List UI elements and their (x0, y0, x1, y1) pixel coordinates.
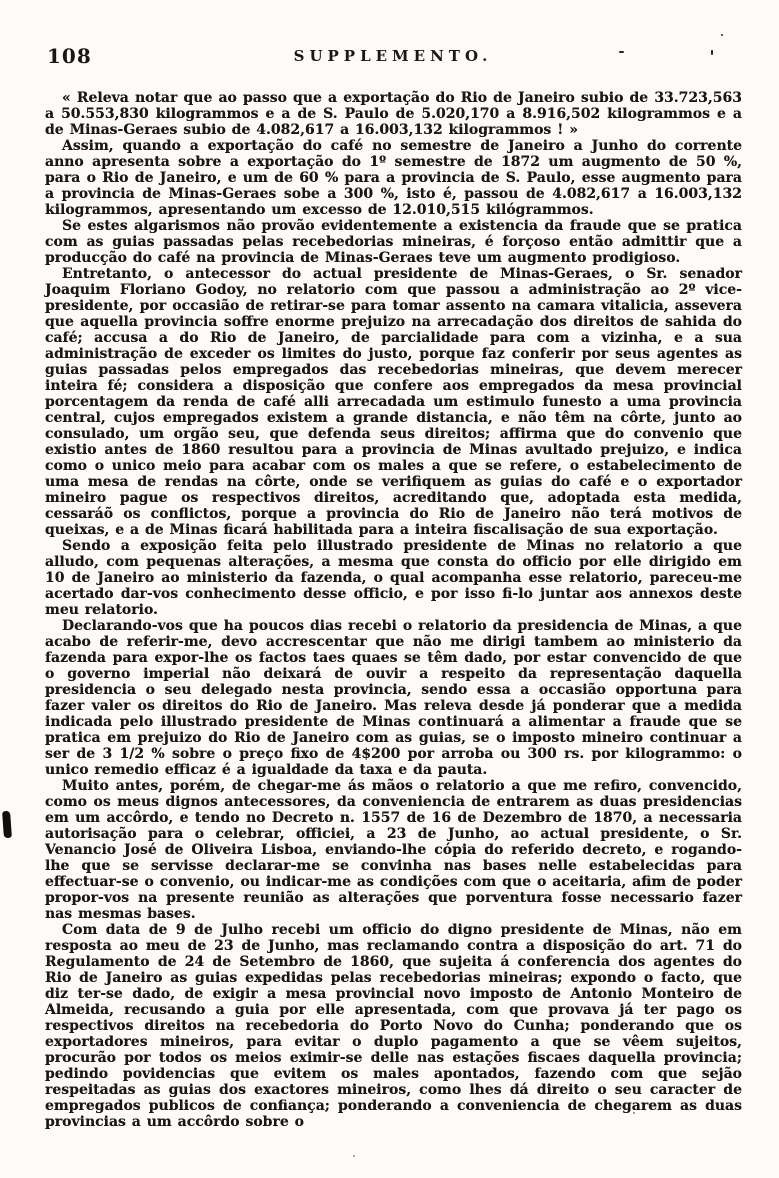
paragraph: Se estes algarismos não provão evidentem… (45, 218, 742, 266)
paragraph: Muito antes, porém, de chegar-me ás mãos… (45, 778, 742, 922)
paragraph: Declarando-vos que ha poucos dias recebi… (45, 618, 742, 778)
running-header: SUPPLEMENTO. (47, 47, 739, 65)
scan-speck (711, 50, 713, 55)
scan-speck (353, 1155, 355, 1157)
ink-blot (2, 811, 12, 838)
paragraph: Assim, quando a exportação do café no se… (45, 138, 742, 218)
paragraph: « Releva notar que ao passo que a export… (45, 90, 742, 138)
scan-speck (633, 1112, 635, 1114)
scanned-page: 108 SUPPLEMENTO. « Releva notar que ao p… (0, 0, 779, 1178)
page-body: « Releva notar que ao passo que a export… (45, 90, 742, 1130)
paragraph: Com data de 9 de Julho recebi um officio… (45, 922, 742, 1130)
scan-speck (619, 51, 624, 53)
scan-speck (721, 34, 723, 36)
paragraph: Entretanto, o antecessor do actual presi… (45, 266, 742, 538)
paragraph: Sendo a exposição feita pelo illustrado … (45, 538, 742, 618)
page-head: 108 SUPPLEMENTO. (47, 44, 739, 70)
